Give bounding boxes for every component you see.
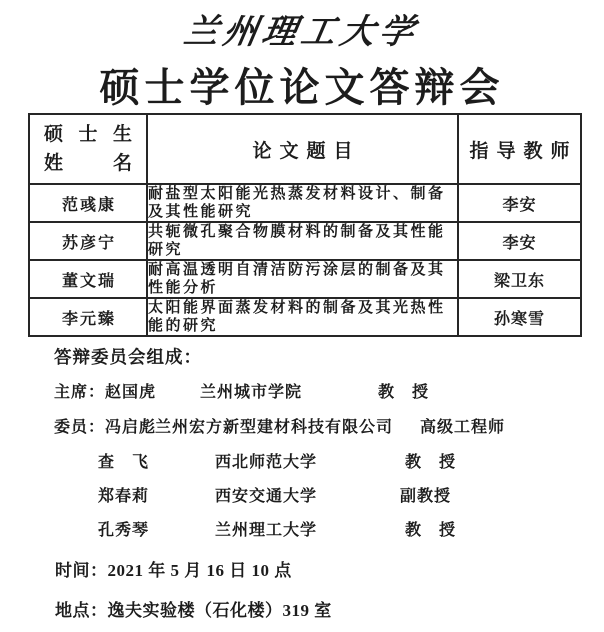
committee-member-label: 郑春莉 (98, 483, 149, 506)
committee-member-affiliation: 兰州宏方新型建材科技有限公司 (155, 414, 393, 437)
table-row: 董文瑞 耐高温透明自清洁防污涂层的制备及其性能分析 梁卫东 (29, 260, 581, 298)
table-row: 李元臻 太阳能界面蒸发材料的制备及其光热性能的研究 孙寒雪 (29, 298, 581, 336)
thesis-title: 共轭微孔聚合物膜材料的制备及其性能研究 (147, 222, 458, 260)
header-student-line1: 硕士生 (30, 120, 146, 149)
advisor-name: 孙寒雪 (458, 298, 581, 336)
committee-member-title: 教 授 (378, 379, 429, 402)
table-header-row: 硕士生 姓名 论文题目 指导教师 (29, 114, 581, 184)
header-student-name: 硕士生 姓名 (29, 114, 147, 184)
thesis-title: 耐盐型太阳能光热蒸发材料设计、制备及其性能研究 (147, 184, 458, 222)
document-page: 兰州理工大学 硕士学位论文答辩会 硕士生 姓名 论文题目 指导教师 范彧康 耐盐… (0, 0, 604, 632)
committee-member-label: 委员：冯启彪 (54, 414, 156, 437)
defense-table: 硕士生 姓名 论文题目 指导教师 范彧康 耐盐型太阳能光热蒸发材料设计、制备及其… (28, 113, 582, 337)
defense-place: 地点：逸夫实验楼（石化楼）319 室 (55, 596, 332, 621)
student-name: 李元臻 (29, 298, 147, 336)
thesis-title: 耐高温透明自清洁防污涂层的制备及其性能分析 (147, 260, 458, 298)
committee-row-member: 查 飞 西北师范大学 教 授 (0, 449, 604, 471)
advisor-name: 李安 (458, 184, 581, 222)
header-thesis-title: 论文题目 (147, 114, 458, 184)
page-title: 硕士学位论文答辩会 (0, 56, 604, 113)
committee-member-affiliation: 兰州理工大学 (215, 517, 317, 540)
committee-row-member: 孔秀琴 兰州理工大学 教 授 (0, 517, 604, 539)
university-logo-script: 兰州理工大学 (0, 4, 604, 53)
committee-row-chair: 主席：赵国虎 兰州城市学院 教 授 (0, 379, 604, 401)
header-advisor: 指导教师 (458, 114, 581, 184)
committee-member-title: 教 授 (405, 517, 456, 540)
committee-member-label: 主席：赵国虎 (54, 379, 156, 402)
committee-member-title: 教 授 (405, 449, 456, 472)
student-name: 范彧康 (29, 184, 147, 222)
committee-row-member: 郑春莉 西安交通大学 副教授 (0, 483, 604, 505)
advisor-name: 梁卫东 (458, 260, 581, 298)
defense-time: 时间：2021 年 5 月 16 日 10 点 (55, 556, 292, 581)
committee-member-affiliation: 西北师范大学 (215, 449, 317, 472)
table-row: 范彧康 耐盐型太阳能光热蒸发材料设计、制备及其性能研究 李安 (29, 184, 581, 222)
table-row: 苏彦宁 共轭微孔聚合物膜材料的制备及其性能研究 李安 (29, 222, 581, 260)
committee-row-member: 委员：冯启彪 兰州宏方新型建材科技有限公司 高级工程师 (0, 414, 604, 436)
committee-member-affiliation: 兰州城市学院 (200, 379, 302, 402)
committee-member-title: 高级工程师 (420, 414, 505, 437)
header-student-line2: 姓名 (30, 149, 146, 178)
committee-heading: 答辩委员会组成： (54, 344, 202, 369)
committee-member-affiliation: 西安交通大学 (215, 483, 317, 506)
advisor-name: 李安 (458, 222, 581, 260)
student-name: 苏彦宁 (29, 222, 147, 260)
committee-member-title: 副教授 (400, 483, 451, 506)
thesis-title: 太阳能界面蒸发材料的制备及其光热性能的研究 (147, 298, 458, 336)
committee-member-label: 孔秀琴 (98, 517, 149, 540)
student-name: 董文瑞 (29, 260, 147, 298)
committee-member-label: 查 飞 (98, 449, 149, 472)
